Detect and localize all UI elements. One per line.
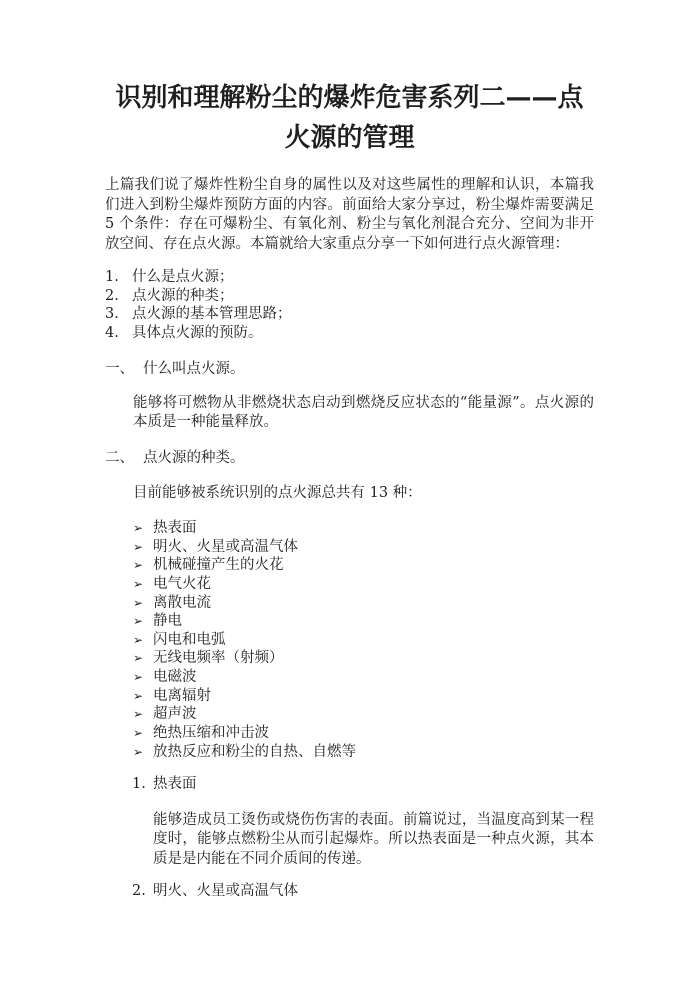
arrow-bullet-icon: ➢ [133,724,153,743]
detail-item-heading: 1. 热表面 [132,775,594,795]
arrow-bullet-icon: ➢ [133,743,153,762]
ignition-source-label: 离散电流 [153,594,211,613]
document-page: 识别和理解粉尘的爆炸危害系列二——点 火源的管理 上篇我们说了爆炸性粉尘自身的属… [0,0,700,990]
ignition-source-label: 绝热压缩和冲击波 [153,724,269,743]
detail-item-title: 明火、火星或高温气体 [153,882,298,902]
agenda-item-number: 2. [105,287,132,306]
document-title: 识别和理解粉尘的爆炸危害系列二——点 火源的管理 [105,78,594,158]
ignition-source-label: 电离辐射 [153,687,211,706]
arrow-bullet-icon: ➢ [133,612,153,631]
agenda-item-text: 点火源的种类； [132,287,234,306]
ignition-source-label: 机械碰撞产生的火花 [153,556,284,575]
agenda-item: 1. 什么是点火源； [105,268,594,287]
arrow-bullet-icon: ➢ [133,649,153,668]
ignition-source-item: ➢ 闪电和电弧 [133,631,594,650]
arrow-bullet-icon: ➢ [133,575,153,594]
ignition-source-item: ➢ 无线电频率（射频） [133,649,594,668]
document-title-line1: 识别和理解粉尘的爆炸危害系列二——点 [105,78,594,118]
ignition-source-label: 闪电和电弧 [153,631,226,650]
document-title-line2: 火源的管理 [105,118,594,158]
ignition-source-item: ➢ 电磁波 [133,668,594,687]
arrow-bullet-icon: ➢ [133,556,153,575]
ignition-sources-list: ➢ 热表面 ➢ 明火、火星或高温气体 ➢ 机械碰撞产生的火花 ➢ 电气火花 ➢ … [133,519,594,762]
ignition-source-item: ➢ 机械碰撞产生的火花 [133,556,594,575]
agenda-item-text: 具体点火源的预防。 [132,324,263,343]
ignition-source-item: ➢ 电气火花 [133,575,594,594]
ignition-source-label: 电气火花 [153,575,211,594]
arrow-bullet-icon: ➢ [133,631,153,650]
detail-item-number: 2. [132,882,153,902]
agenda-item: 4. 具体点火源的预防。 [105,324,594,343]
document-content: 识别和理解粉尘的爆炸危害系列二——点 火源的管理 上篇我们说了爆炸性粉尘自身的属… [0,0,700,901]
arrow-bullet-icon: ➢ [133,705,153,724]
detail-item-title: 热表面 [153,775,197,795]
section-two-heading: 二、 点火源的种类。 [105,449,594,469]
detail-item-number: 1. [132,775,153,795]
ignition-source-label: 放热反应和粉尘的自热、自燃等 [153,743,356,762]
ignition-source-label: 静电 [153,612,182,631]
section-one-paragraph: 能够将可燃物从非燃烧状态启动到燃烧反应状态的“能量源”。点火源的本质是一种能量释… [133,394,594,433]
ignition-source-item: ➢ 热表面 [133,519,594,538]
agenda-item-number: 1. [105,268,132,287]
ignition-sources-lead: 目前能够被系统识别的点火源总共有 13 种： [133,484,594,504]
arrow-bullet-icon: ➢ [133,668,153,687]
intro-paragraph: 上篇我们说了爆炸性粉尘自身的属性以及对这些属性的理解和认识，本篇我们进入到粉尘爆… [105,176,594,254]
ignition-source-item: ➢ 电离辐射 [133,687,594,706]
section-one-number: 一、 [105,360,143,380]
agenda-item: 3. 点火源的基本管理思路； [105,305,594,324]
arrow-bullet-icon: ➢ [133,519,153,538]
ignition-source-item: ➢ 绝热压缩和冲击波 [133,724,594,743]
ignition-source-label: 无线电频率（射频） [153,649,284,668]
section-two-title: 点火源的种类。 [143,449,245,469]
ignition-source-item: ➢ 明火、火星或高温气体 [133,538,594,557]
agenda-item-number: 3. [105,305,132,324]
arrow-bullet-icon: ➢ [133,538,153,557]
arrow-bullet-icon: ➢ [133,687,153,706]
section-one-title: 什么叫点火源。 [143,360,245,380]
section-one-heading: 一、 什么叫点火源。 [105,360,594,380]
agenda-item-text: 什么是点火源； [132,268,234,287]
section-two-number: 二、 [105,449,143,469]
arrow-bullet-icon: ➢ [133,594,153,613]
agenda-item: 2. 点火源的种类； [105,287,594,306]
ignition-source-label: 热表面 [153,519,197,538]
agenda-item-text: 点火源的基本管理思路； [132,305,292,324]
ignition-source-item: ➢ 静电 [133,612,594,631]
detail-paragraph: 能够造成员工烫伤或烧伤伤害的表面。前篇说过，当温度高到某一程度时，能够点燃粉尘从… [153,811,594,869]
ignition-source-item: ➢ 离散电流 [133,594,594,613]
ignition-source-label: 明火、火星或高温气体 [153,538,298,557]
agenda-item-number: 4. [105,324,132,343]
ignition-source-label: 超声波 [153,705,197,724]
ignition-source-item: ➢ 放热反应和粉尘的自热、自燃等 [133,743,594,762]
detail-item-heading: 2. 明火、火星或高温气体 [132,882,594,902]
agenda-list: 1. 什么是点火源； 2. 点火源的种类； 3. 点火源的基本管理思路； 4. … [105,268,594,342]
ignition-source-item: ➢ 超声波 [133,705,594,724]
ignition-source-label: 电磁波 [153,668,197,687]
